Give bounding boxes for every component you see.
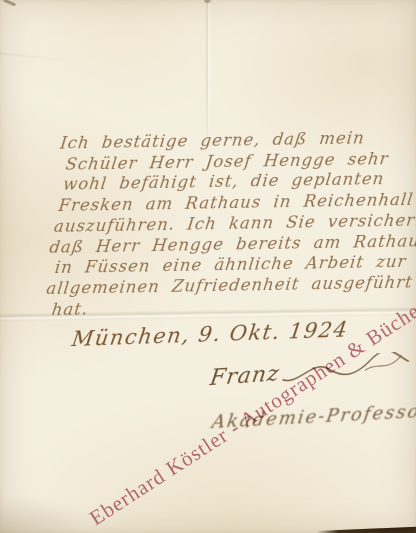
signature-name-text: Franz: [208, 361, 281, 391]
fold-crease-top-left: [0, 52, 74, 64]
paper-corner-mark: [3, 0, 16, 7]
background-surface-edge: [316, 524, 416, 533]
paper-corner-shadow: [0, 493, 90, 533]
autograph-letter-photo: Ich bestätige gerne, daß mein Schüler He…: [0, 0, 416, 533]
letter-body: Ich bestätige gerne, daß mein Schüler He…: [39, 128, 398, 321]
letter-dateline: München, 9. Okt. 1924: [70, 317, 350, 351]
